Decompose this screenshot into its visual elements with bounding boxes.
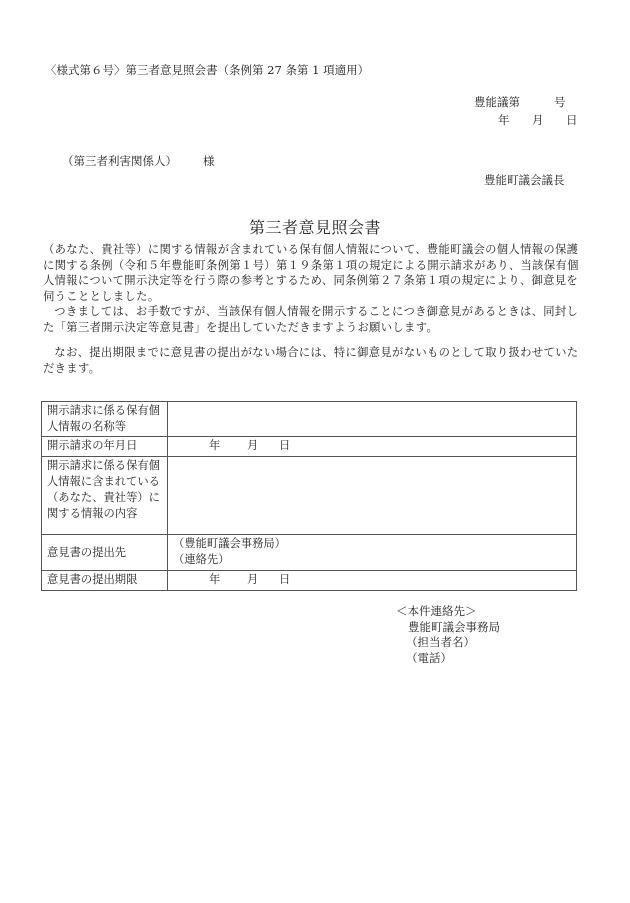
paragraph-request-notice: （あなた、貴社等）に関する情報が含まれている保有個人情報について、豊能町議会の個… <box>43 242 583 304</box>
body-text: （あなた、貴社等）に関する情報が含まれている保有個人情報について、豊能町議会の個… <box>43 242 583 376</box>
row-value-info-name[interactable] <box>168 402 577 437</box>
paragraph-deadline-note: なお、提出期限までに意見書の提出がない場合には、特に御意見がないものとして取り扱… <box>43 345 583 376</box>
row-value-info-content[interactable] <box>168 457 577 535</box>
row-label-submit-to: 意見書の提出先 <box>42 535 168 571</box>
contact-person: （担当者名） <box>396 635 500 651</box>
row-value-deadline[interactable]: 年月日 <box>168 571 577 591</box>
recipient-name: （第三者利害関係人） <box>62 154 177 168</box>
row-label-request-date: 開示請求の年月日 <box>42 437 168 457</box>
row-label-info-content: 開示請求に係る保有個人情報に含まれている（あなた、貴社等）に関する情報の内容 <box>42 457 168 535</box>
table-row: 開示請求に係る保有個人情報に含まれている（あなた、貴社等）に関する情報の内容 <box>42 457 577 535</box>
document-title: 第三者意見照会書 <box>0 215 630 238</box>
recipient: （第三者利害関係人）様 <box>62 153 215 169</box>
issue-date: 年月日 <box>498 112 578 128</box>
submit-to-contact: （連絡先） <box>173 552 571 568</box>
contact-office: 豊能町議会事務局 <box>396 620 500 636</box>
table-row: 意見書の提出先 （豊能町議会事務局） （連絡先） <box>42 535 577 571</box>
request-date-month: 月 <box>247 438 279 454</box>
request-date-year: 年 <box>209 438 247 454</box>
deadline-day: 日 <box>279 572 290 588</box>
row-label-info-name: 開示請求に係る保有個人情報の名称等 <box>42 402 168 437</box>
reference-prefix: 豊能議第 <box>474 94 554 110</box>
table-row: 開示請求に係る保有個人情報の名称等 <box>42 402 577 437</box>
row-label-deadline: 意見書の提出期限 <box>42 571 168 591</box>
info-table: 開示請求に係る保有個人情報の名称等 開示請求の年月日 年月日 開示請求に係る保有… <box>41 401 577 591</box>
contact-heading: ＜本件連絡先＞ <box>396 604 500 620</box>
sender: 豊能町議会議長 <box>484 172 565 188</box>
row-value-submit-to[interactable]: （豊能町議会事務局） （連絡先） <box>168 535 577 571</box>
contact-phone: （電話） <box>396 651 500 667</box>
date-day: 日 <box>566 112 578 128</box>
recipient-honorific: 様 <box>203 154 215 168</box>
deadline-month: 月 <box>247 572 279 588</box>
deadline-year: 年 <box>209 572 247 588</box>
date-year: 年 <box>498 112 532 128</box>
submit-to-office: （豊能町議会事務局） <box>173 536 571 552</box>
table-row: 意見書の提出期限 年月日 <box>42 571 577 591</box>
request-date-day: 日 <box>279 438 290 454</box>
form-label: 〈様式第６号〉第三者意見照会書（条例第 27 条第 1 項適用） <box>45 62 369 78</box>
paragraph-submission-request: つきましては、お手数ですが、当該保有個人情報を開示することにつき御意見があるとき… <box>43 304 583 335</box>
table-row: 開示請求の年月日 年月日 <box>42 437 577 457</box>
contact-block: ＜本件連絡先＞ 豊能町議会事務局 （担当者名） （電話） <box>396 604 500 666</box>
reference-suffix: 号 <box>554 95 566 109</box>
date-month: 月 <box>532 112 566 128</box>
document-number: 豊能議第号 <box>474 94 566 110</box>
row-value-request-date[interactable]: 年月日 <box>168 437 577 457</box>
